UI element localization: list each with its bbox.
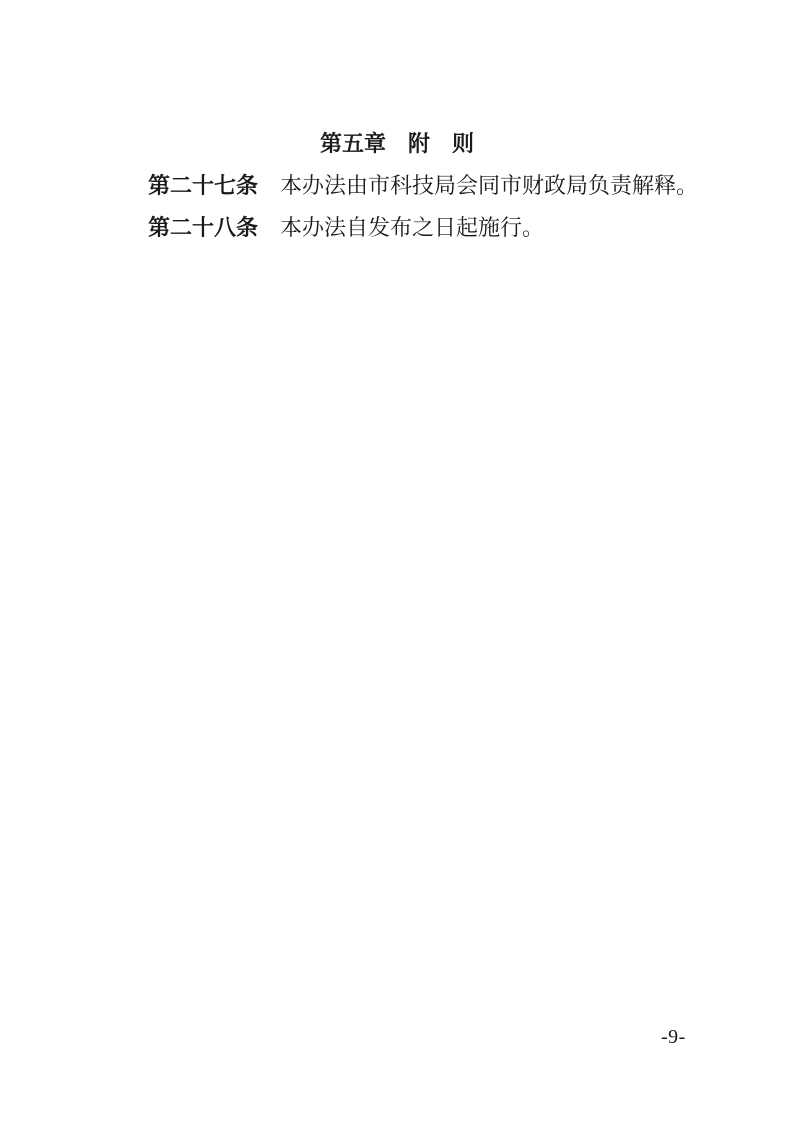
document-body: 第五章 附 则 第二十七条本办法由市科技局会同市财政局负责解释。 第二十八条本办… <box>104 123 690 249</box>
article-28-text: 本办法自发布之日起施行。 <box>280 215 544 240</box>
article-28-number-label: 第二十八条 <box>148 215 258 240</box>
chapter-heading: 第五章 附 则 <box>104 123 690 165</box>
article-paragraph-27: 第二十七条本办法由市科技局会同市财政局负责解释。 <box>104 165 690 207</box>
article-27-number-label: 第二十七条 <box>148 173 258 198</box>
article-27-text: 本办法由市科技局会同市财政局负责解释。 <box>280 173 698 198</box>
document-page: 第五章 附 则 第二十七条本办法由市科技局会同市财政局负责解释。 第二十八条本办… <box>0 0 793 1122</box>
page-number: -9- <box>661 1026 686 1048</box>
article-paragraph-28: 第二十八条本办法自发布之日起施行。 <box>104 207 690 249</box>
